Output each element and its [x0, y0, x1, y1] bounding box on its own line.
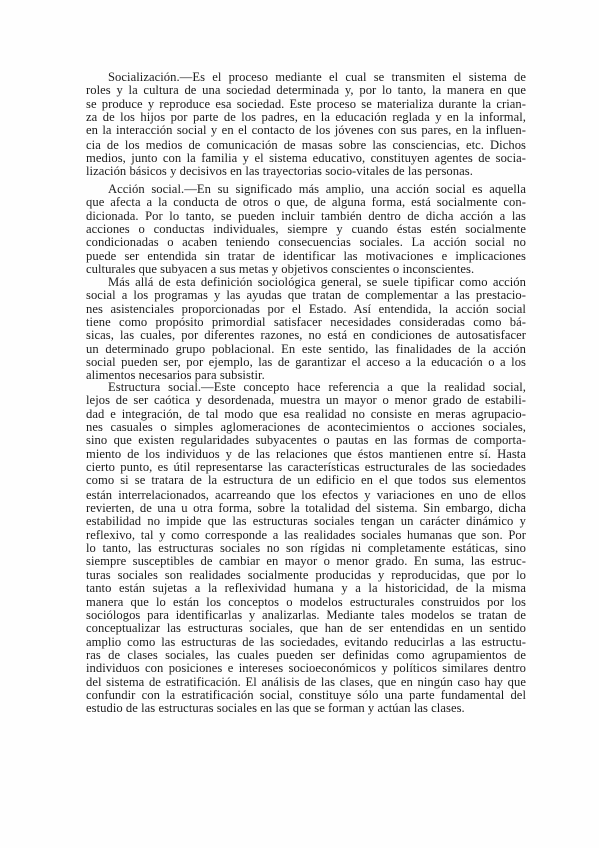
text-line: sicas, las cuales, por diferentes razone… — [86, 329, 526, 342]
text-line: siempre susceptibles de cambiar en mayor… — [86, 555, 526, 568]
text-line: como si se tratara de la estructura de u… — [86, 474, 526, 487]
text-line: turas sociales son realidades socialment… — [86, 569, 526, 582]
text-line: del sistema de estratificación. El análi… — [86, 676, 526, 689]
text-line: que afecta a la conducta de otros o que,… — [86, 196, 526, 209]
text-line: medios, junto con la familia y el sistem… — [86, 152, 526, 165]
text-line: reflexivo, tal y como corresponde a las … — [86, 529, 526, 542]
text-line: condicionadas o acaben teniendo consecue… — [86, 236, 526, 249]
text-line: nes casuales o simples aglomeraciones de… — [86, 421, 526, 434]
text-line: miento de los individuos y de las relaci… — [86, 448, 526, 461]
text-line: manera que lo están los conceptos o mode… — [86, 596, 526, 609]
text-line: dad e integración, de tal modo que esa r… — [86, 408, 526, 421]
paragraph-estructura-social: Estructura social.—Este concepto hace re… — [86, 381, 526, 716]
text-line: individuos con posiciones e intereses so… — [86, 662, 526, 675]
text-line: tanto están sujetas a la reflexividad hu… — [86, 582, 526, 595]
text-line: conceptualizar las estructuras sociales,… — [86, 622, 526, 635]
paragraph-accion-social: Acción social.—En su significado más amp… — [86, 183, 526, 276]
text-line: en la interacción social y en el contact… — [86, 124, 526, 137]
text-line: nes asistenciales proporcionadas por el … — [86, 303, 526, 316]
text-line: estudio de las estructuras sociales en l… — [86, 702, 526, 715]
text-line: roles y la cultura de una sociedad deter… — [86, 84, 526, 97]
text-line: za de los hijos por parte de los padres,… — [86, 111, 526, 124]
text-line: cia de los medios de comunicación de mas… — [86, 139, 526, 152]
document-page: Socialización.—Es el proceso mediante el… — [0, 0, 599, 848]
text-line: están interrelacionados, acarreando que … — [86, 489, 526, 502]
text-line: un determinado grupo poblacional. En est… — [86, 343, 526, 356]
text-line: social a los programas y las ayudas que … — [86, 289, 526, 302]
text-line: social pueden ser, por ejemplo, las de g… — [86, 356, 526, 369]
text-line: Acción social.—En su significado más amp… — [86, 183, 526, 196]
paragraph-socializacion: Socialización.—Es el proceso mediante el… — [86, 71, 526, 179]
text-line: confundir con la estratificación social,… — [86, 689, 526, 702]
text-line: puede ser entendida sin tratar de identi… — [86, 250, 526, 263]
text-line: sociólogos para identificarlas y analiza… — [86, 609, 526, 622]
text-line: amplio como las estructuras de las socie… — [86, 636, 526, 649]
text-line: acciones o conductas individuales, siemp… — [86, 223, 526, 236]
text-line: sino que existen regularidades subyacent… — [86, 434, 526, 447]
text-line: lización básicos y decisivos en las tray… — [86, 165, 526, 178]
text-line: cierto punto, es útil representarse las … — [86, 461, 526, 474]
text-line: Socialización.—Es el proceso mediante el… — [86, 71, 526, 84]
text-line: ras de clases sociales, las cuales puede… — [86, 649, 526, 662]
text-line: dicionada. Por lo tanto, se pueden inclu… — [86, 210, 526, 223]
text-line: Más allá de esta definición sociológica … — [86, 276, 526, 289]
paragraph-accion-social-continuation: Más allá de esta definición sociológica … — [86, 276, 526, 383]
text-line: lo tanto, las estructuras sociales no so… — [86, 542, 526, 555]
text-line: tiene como propósito primordial satisfac… — [86, 316, 526, 329]
text-line: estabilidad no impide que las estructura… — [86, 515, 526, 528]
text-line: se produce y reproduce esa sociedad. Est… — [86, 98, 526, 111]
text-line: lejos de ser caótica y desordenada, mues… — [86, 394, 526, 407]
text-line: revierten, de una u otra forma, sobre la… — [86, 502, 526, 515]
text-line: Estructura social.—Este concepto hace re… — [86, 381, 526, 394]
